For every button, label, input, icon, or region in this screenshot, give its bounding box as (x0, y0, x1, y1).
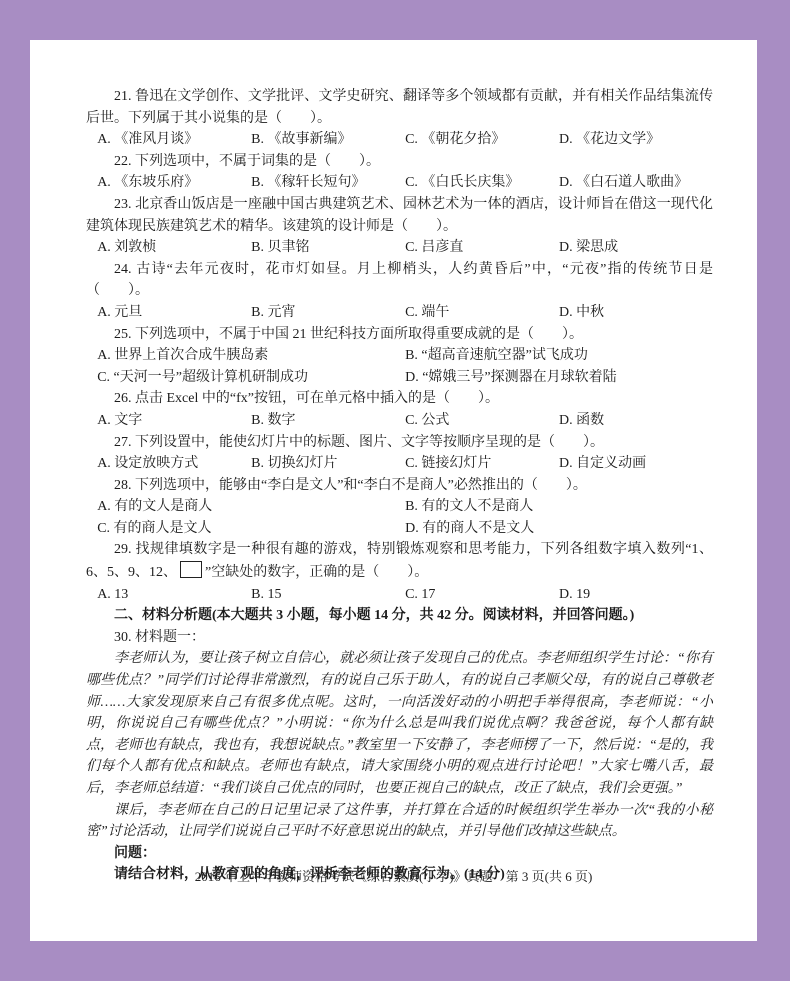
option-27-b: B. 切换幻灯片 (251, 453, 405, 475)
option-24-d: D. 中秋 (559, 302, 713, 324)
question-29-text-after: ”空缺处的数字，正确的是（ ）。 (205, 565, 428, 580)
question-24-options: A. 元旦 B. 元宵 C. 端午 D. 中秋 (86, 302, 713, 324)
exam-paper-page: 21. 鲁迅在文学创作、文学批评、文学史研究、翻译等多个领域都有贡献，并有相关作… (30, 40, 757, 941)
question-28: 28. 下列选项中，能够由“李白是文人”和“李白不是商人”必然推出的（ ）。 (86, 475, 713, 497)
question-29: 29. 找规律填数字是一种很有趣的游戏，特别锻炼观察和思考能力，下列各组数字填入… (86, 539, 713, 583)
option-28-d: D. 有的商人不是文人 (405, 518, 713, 540)
exam-content: 21. 鲁迅在文学创作、文学批评、文学史研究、翻译等多个领域都有贡献，并有相关作… (86, 86, 713, 886)
option-22-d: D. 《白石道人歌曲》 (559, 172, 713, 194)
option-23-d: D. 梁思成 (559, 237, 713, 259)
question-25: 25. 下列选项中，不属于中国 21 世纪科技方面所取得重要成就的是（ ）。 (86, 324, 713, 346)
blank-number-box (180, 561, 202, 578)
question-22: 22. 下列选项中，不属于词集的是（ ）。 (86, 151, 713, 173)
option-21-c: C. 《朝花夕拾》 (405, 129, 559, 151)
material-paragraph-1: 李老师认为，要让孩子树立自信心，就必须让孩子发现自己的优点。李老师组织学生讨论：… (86, 648, 713, 799)
option-21-b: B. 《故事新编》 (251, 129, 405, 151)
material-1-label: 30. 材料题一： (86, 627, 713, 649)
question-25-options: A. 世界上首次合成牛胰岛素 B. “超高音速航空器”试飞成功 C. “天河一号… (86, 345, 713, 388)
option-23-c: C. 吕彦直 (405, 237, 559, 259)
question-26-options: A. 文字 B. 数字 C. 公式 D. 函数 (86, 410, 713, 432)
option-25-a: A. 世界上首次合成牛胰岛素 (97, 345, 405, 367)
question-23: 23. 北京香山饭店是一座融中国古典建筑艺术、园林艺术为一体的酒店，设计师旨在借… (86, 194, 713, 237)
option-23-b: B. 贝聿铭 (251, 237, 405, 259)
option-24-c: C. 端午 (405, 302, 559, 324)
option-25-c: C. “天河一号”超级计算机研制成功 (97, 367, 405, 389)
question-29-options: A. 13 B. 15 C. 17 D. 19 (86, 584, 713, 606)
option-26-a: A. 文字 (97, 410, 251, 432)
question-28-options: A. 有的文人是商人 B. 有的文人不是商人 C. 有的商人是文人 D. 有的商… (86, 496, 713, 539)
option-21-a: A. 《准风月谈》 (97, 129, 251, 151)
option-29-d: D. 19 (559, 584, 713, 606)
option-24-b: B. 元宵 (251, 302, 405, 324)
option-26-c: C. 公式 (405, 410, 559, 432)
question-22-options: A. 《东坡乐府》 B. 《稼轩长短句》 C. 《白氏长庆集》 D. 《白石道人… (86, 172, 713, 194)
question-21-options: A. 《准风月谈》 B. 《故事新编》 C. 《朝花夕拾》 D. 《花边文学》 (86, 129, 713, 151)
option-25-d: D. “嫦娥三号”探测器在月球软着陆 (405, 367, 713, 389)
question-23-options: A. 刘敦桢 B. 贝聿铭 C. 吕彦直 D. 梁思成 (86, 237, 713, 259)
option-22-c: C. 《白氏长庆集》 (405, 172, 559, 194)
option-22-b: B. 《稼轩长短句》 (251, 172, 405, 194)
question-21: 21. 鲁迅在文学创作、文学批评、文学史研究、翻译等多个领域都有贡献，并有相关作… (86, 86, 713, 129)
question-24: 24. 古诗“去年元夜时，花市灯如昼。月上柳梢头，人约黄昏后”中，“元夜”指的传… (86, 259, 713, 302)
option-28-c: C. 有的商人是文人 (97, 518, 405, 540)
question-26: 26. 点击 Excel 中的“fx”按钮，可在单元格中插入的是（ ）。 (86, 388, 713, 410)
material-paragraph-2: 课后，李老师在自己的日记里记录了这件事，并打算在合适的时候组织学生举办一次“我的… (86, 800, 713, 843)
option-26-b: B. 数字 (251, 410, 405, 432)
section-2-heading: 二、材料分析题(本大题共 3 小题，每小题 14 分，共 42 分。阅读材料，并… (86, 605, 713, 627)
option-26-d: D. 函数 (559, 410, 713, 432)
option-29-c: C. 17 (405, 584, 559, 606)
option-28-a: A. 有的文人是商人 (97, 496, 405, 518)
question-27-options: A. 设定放映方式 B. 切换幻灯片 C. 链接幻灯片 D. 自定义动画 (86, 453, 713, 475)
page-footer: 2016 年上半年教师资格考试《综合素质(小学)》真题 第 3 页(共 6 页) (30, 866, 757, 885)
option-27-a: A. 设定放映方式 (97, 453, 251, 475)
problem-label: 问题： (86, 843, 713, 865)
option-22-a: A. 《东坡乐府》 (97, 172, 251, 194)
material-1-body: 李老师认为，要让孩子树立自信心，就必须让孩子发现自己的优点。李老师组织学生讨论：… (86, 648, 713, 842)
option-27-c: C. 链接幻灯片 (405, 453, 559, 475)
option-21-d: D. 《花边文学》 (559, 129, 713, 151)
option-23-a: A. 刘敦桢 (97, 237, 251, 259)
option-29-a: A. 13 (97, 584, 251, 606)
option-24-a: A. 元旦 (97, 302, 251, 324)
option-27-d: D. 自定义动画 (559, 453, 713, 475)
question-27: 27. 下列设置中，能使幻灯片中的标题、图片、文字等按顺序呈现的是（ ）。 (86, 432, 713, 454)
option-29-b: B. 15 (251, 584, 405, 606)
option-28-b: B. 有的文人不是商人 (405, 496, 713, 518)
option-25-b: B. “超高音速航空器”试飞成功 (405, 345, 713, 367)
